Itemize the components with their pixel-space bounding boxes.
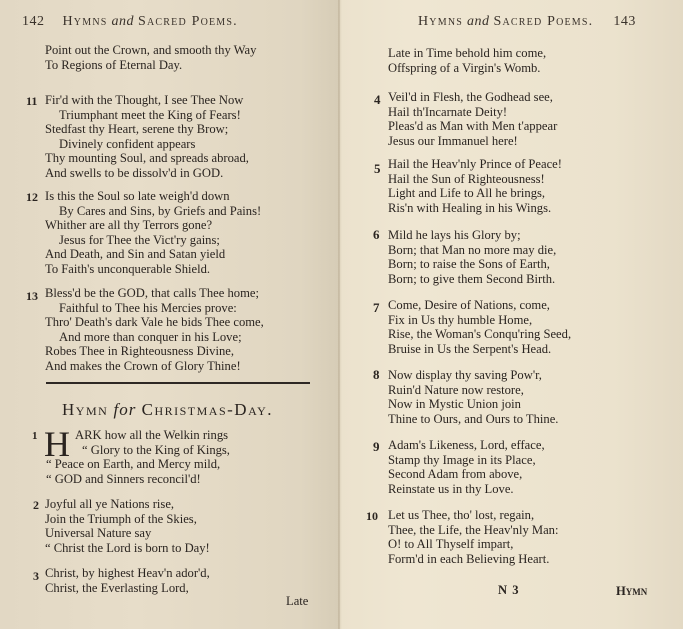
verse-number: 13 — [26, 289, 38, 304]
verse-10: 10 Let us Thee, tho' lost, regain, Thee,… — [340, 508, 683, 566]
page-number: 143 — [613, 14, 636, 30]
continuation-lines: Point out the Crown, and smooth thy Way … — [45, 43, 256, 72]
right-page: Hymns and Sacred Poems. 143 Late in Time… — [340, 0, 683, 629]
running-head-right: Hymns and Sacred Poems. 143 — [418, 14, 636, 30]
page-number: 142 — [22, 14, 45, 30]
section-divider-rule — [46, 382, 310, 384]
verse-5: 5 Hail the Heav'nly Prince of Peace! Hai… — [340, 157, 683, 215]
book-gutter — [338, 0, 342, 629]
left-page: 142 Hymns and Sacred Poems. Point out th… — [0, 0, 340, 629]
verse-number: 2 — [33, 498, 39, 513]
verse-number: 11 — [26, 94, 37, 109]
running-head-left: 142 Hymns and Sacred Poems. — [22, 14, 238, 30]
continuation-lines: Late in Time behold him come, Offspring … — [388, 46, 546, 75]
signature-mark: N 3 — [498, 583, 520, 598]
verse-number: 3 — [33, 569, 39, 584]
christmas-verse-3: 3 Christ, by highest Heav'n ador'd, Chri… — [0, 566, 340, 595]
verse-number: 6 — [373, 228, 380, 243]
verse-7: 7 Come, Desire of Nations, come, Fix in … — [340, 298, 683, 356]
book-spread: 142 Hymns and Sacred Poems. Point out th… — [0, 0, 683, 629]
verse-number: 5 — [374, 162, 381, 177]
verse-number: 7 — [373, 301, 380, 316]
christmas-verse-1: ARK how all the Welkin rings “ Glory to … — [0, 428, 340, 486]
catchword-left: Late — [286, 594, 308, 609]
verse-12: 12 Is this the Soul so late weigh'd down… — [0, 189, 340, 277]
hymn-title: Hymn for Christmas-Day. — [62, 400, 273, 420]
verse-4: 4 Veil'd in Flesh, the Godhead see, Hail… — [340, 90, 683, 148]
catchword-right: Hymn — [616, 584, 647, 599]
verse-number: 9 — [373, 440, 380, 455]
verse-6: 6 Mild he lays his Glory by; Born; that … — [340, 228, 683, 286]
verse-11: 11 Fir'd with the Thought, I see Thee No… — [0, 93, 340, 181]
christmas-verse-2: 2 Joyful all ye Nations rise, Join the T… — [0, 497, 340, 555]
verse-8: 8 Now display thy saving Pow'r, Ruin'd N… — [340, 368, 683, 426]
verse-number: 12 — [26, 190, 38, 205]
verse-9: 9 Adam's Likeness, Lord, efface, Stamp t… — [340, 438, 683, 496]
verse-number: 10 — [366, 509, 378, 524]
verse-13: 13 Bless'd be the GOD, that calls Thee h… — [0, 286, 340, 374]
verse-number: 8 — [373, 368, 380, 383]
verse-number: 4 — [374, 93, 381, 108]
